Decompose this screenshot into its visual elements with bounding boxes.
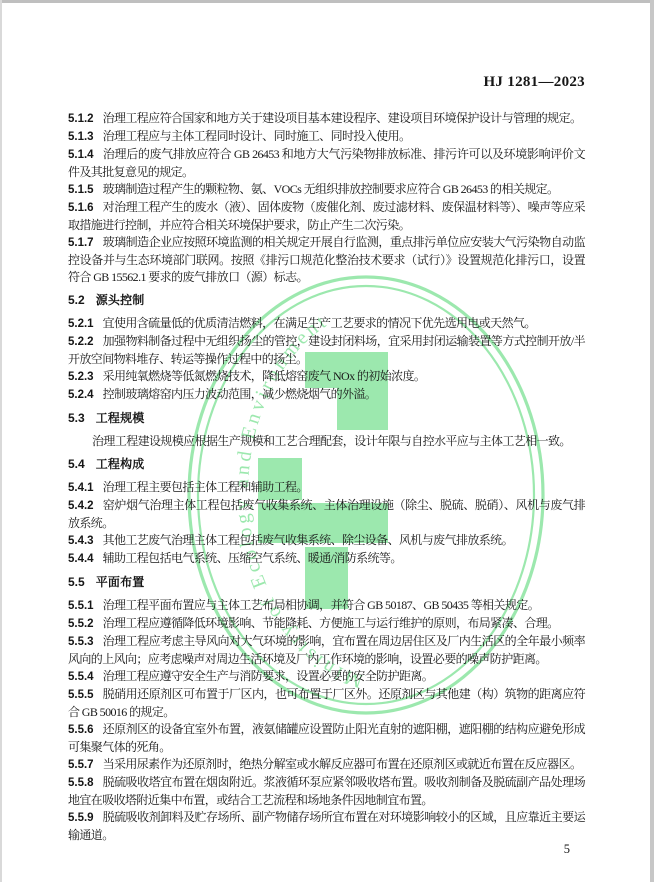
section-heading-5.3: 5.3工程规模 bbox=[68, 410, 585, 427]
document-page: HJ 1281—2023 5.1.2治理工程应符合国家和地方关于建设项目基本建设… bbox=[0, 0, 654, 882]
clause-number: 5.5.6 bbox=[68, 724, 94, 736]
clause-number: 5.2 bbox=[68, 293, 85, 307]
clause-5.5.2: 5.5.2治理工程应遵循降低环境影响、节能降耗、方便施工与运行维护的原则，布局紧… bbox=[68, 615, 585, 633]
clause-text: 窑炉烟气治理主体工程包括废气收集系统、主体治理设施（除尘、脱硫、脱硝）、风机与废… bbox=[68, 498, 585, 530]
clause-5.5.1: 5.5.1治理工程平面布置应与主体工艺布局相协调，并符合 GB 50187、GB… bbox=[68, 597, 585, 615]
clause-number: 5.4.1 bbox=[68, 482, 94, 494]
clause-number: 5.4 bbox=[68, 457, 85, 471]
clause-text: 治理工程应考虑主导风向对大气环境的影响，宜布置在周边居住区及厂内生活区的全年最小… bbox=[68, 634, 585, 666]
clause-5.5.3: 5.5.3治理工程应考虑主导风向对大气环境的影响，宜布置在周边居住区及厂内生活区… bbox=[68, 633, 585, 668]
clause-text: 宜使用含硫量低的优质清洁燃料，在满足生产工艺要求的情况下优先选用电或天然气。 bbox=[103, 316, 536, 330]
clause-text: 工程构成 bbox=[96, 457, 145, 471]
clause-number: 5.2.4 bbox=[68, 389, 94, 401]
clause-5.5.7: 5.5.7当采用尿素作为还原剂时，绝热分解室或水解反应器可布置在还原剂区或就近布… bbox=[68, 756, 585, 774]
clause-5.5.4: 5.5.4治理工程应遵守安全生产与消防要求，设置必要的安全防护距离。 bbox=[68, 668, 585, 686]
clause-number: 5.5.1 bbox=[68, 600, 94, 612]
clause-text: 脱硫吸收剂卸料及贮存场所、副产物储存场所宜布置在对环境影响较小的区域，且应靠近主… bbox=[68, 810, 585, 842]
clause-text: 治理工程应遵守安全生产与消防要求，设置必要的安全防护距离。 bbox=[103, 669, 434, 683]
clause-text: 加强物料制备过程中无组织扬尘的管控，建设封闭料场，宜采用封闭运输装置等方式控制开… bbox=[68, 334, 585, 366]
clause-5.4.4: 5.4.4辅助工程包括电气系统、压缩空气系统、暖通/消防系统等。 bbox=[68, 550, 585, 568]
clause-text: 工程规模 bbox=[96, 411, 145, 425]
clause-5.1.2: 5.1.2治理工程应符合国家和地方关于建设项目基本建设程序、建设项目环境保护设计… bbox=[68, 110, 585, 128]
clause-number: 5.4.2 bbox=[68, 500, 94, 512]
clause-5.2.2: 5.2.2加强物料制备过程中无组织扬尘的管控，建设封闭料场，宜采用封闭运输装置等… bbox=[68, 333, 585, 368]
clause-number: 5.5 bbox=[68, 575, 85, 589]
clause-text: 治理后的废气排放应符合 GB 26453 和地方大气污染物排放标准、排污许可以及… bbox=[68, 147, 585, 179]
scan-edge-top bbox=[0, 0, 654, 3]
clause-text: 治理工程应遵循降低环境影响、节能降耗、方便施工与运行维护的原则，布局紧凑、合理。 bbox=[103, 616, 559, 630]
clause-text: 辅助工程包括电气系统、压缩空气系统、暖通/消防系统等。 bbox=[103, 551, 402, 565]
clause-text: 当采用尿素作为还原剂时，绝热分解室或水解反应器可布置在还原剂区或就近布置在反应器… bbox=[103, 757, 582, 771]
clause-number: 5.1.2 bbox=[68, 113, 94, 125]
clause-number: 5.5.8 bbox=[68, 777, 94, 789]
clause-number: 5.4.4 bbox=[68, 553, 94, 565]
clause-number: 5.1.3 bbox=[68, 131, 94, 143]
clause-5.1.4: 5.1.4治理后的废气排放应符合 GB 26453 和地方大气污染物排放标准、排… bbox=[68, 146, 585, 181]
section-heading-5.2: 5.2源头控制 bbox=[68, 292, 585, 309]
page-number: 5 bbox=[564, 842, 570, 857]
clause-number: 5.3 bbox=[68, 411, 85, 425]
clause-number: 5.5.5 bbox=[68, 689, 94, 701]
clause-text: 平面布置 bbox=[96, 575, 145, 589]
clause-number: 5.1.4 bbox=[68, 149, 94, 161]
clause-text: 采用纯氧燃烧等低氮燃烧技术，降低熔窑废气 NOx 的初始浓度。 bbox=[103, 369, 426, 383]
clause-text: 治理工程平面布置应与主体工艺布局相协调，并符合 GB 50187、GB 5043… bbox=[103, 598, 540, 612]
clause-number: 5.5.3 bbox=[68, 636, 94, 648]
clause-number: 5.2.1 bbox=[68, 318, 94, 330]
clause-number: 5.5.2 bbox=[68, 618, 94, 630]
clause-text: 玻璃制造过程产生的颗粒物、氨、VOCs 无组织排放控制要求应符合 GB 2645… bbox=[103, 182, 559, 196]
clause-5.4.1: 5.4.1治理工程主要包括主体工程和辅助工程。 bbox=[68, 479, 585, 497]
clause-5.2.3: 5.2.3采用纯氧燃烧等低氮燃烧技术，降低熔窑废气 NOx 的初始浓度。 bbox=[68, 368, 585, 386]
doc-body: 5.1.2治理工程应符合国家和地方关于建设项目基本建设程序、建设项目环境保护设计… bbox=[68, 110, 585, 844]
clause-number: 5.5.4 bbox=[68, 671, 94, 683]
clause-5.1.5: 5.1.5玻璃制造过程产生的颗粒物、氨、VOCs 无组织排放控制要求应符合 GB… bbox=[68, 181, 585, 199]
clause-5.1.6: 5.1.6对治理工程产生的废水（液）、固体废物（废催化剂、废过滤材料、废保温材料… bbox=[68, 199, 585, 234]
clause-number: 5.5.9 bbox=[68, 812, 94, 824]
clause-number: 5.4.3 bbox=[68, 535, 94, 547]
standard-number-header: HJ 1281—2023 bbox=[68, 74, 585, 90]
clause-number: 5.1.5 bbox=[68, 184, 94, 196]
clause-5.5.5: 5.5.5脱硝用还原剂区可布置于厂区内，也可布置于厂区外。还原剂区与其他建（构）… bbox=[68, 686, 585, 721]
clause-text: 治理工程应符合国家和地方关于建设项目基本建设程序、建设项目环境保护设计与管理的规… bbox=[103, 111, 582, 125]
clause-text: 脱硝用还原剂区可布置于厂区内，也可布置于厂区外。还原剂区与其他建（构）筑物的距离… bbox=[68, 687, 585, 719]
clause-5.2.4: 5.2.4控制玻璃熔窑内压力波动范围，减少燃烧烟气的外溢。 bbox=[68, 386, 585, 404]
clause-number: 5.2.2 bbox=[68, 336, 94, 348]
clause-text: 治理工程主要包括主体工程和辅助工程。 bbox=[103, 480, 308, 494]
section-heading-5.5: 5.5平面布置 bbox=[68, 574, 585, 591]
clause-text: 脱硫吸收塔宜布置在烟囱附近。浆液循环泵应紧邻吸收塔布置。吸收剂制备及脱硫副产品处… bbox=[68, 775, 585, 807]
clause-5.4.3: 5.4.3其他工艺废气治理主体工程包括废气收集系统、除尘设备、风机与废气排放系统… bbox=[68, 532, 585, 550]
clause-number: 5.5.7 bbox=[68, 759, 94, 771]
scan-edge-right bbox=[650, 0, 654, 882]
clause-text: 其他工艺废气治理主体工程包括废气收集系统、除尘设备、风机与废气排放系统。 bbox=[103, 533, 513, 547]
clause-text: 治理工程建设规模应根据生产规模和工艺合理配套，设计年限与自控水平应与主体工艺相一… bbox=[92, 434, 571, 448]
clause-5.5.9: 5.5.9脱硫吸收剂卸料及贮存场所、副产物储存场所宜布置在对环境影响较小的区域，… bbox=[68, 809, 585, 844]
clause-5.1.7: 5.1.7玻璃制造企业应按照环境监测的相关规定开展自行监测，重点排污单位应安装大… bbox=[68, 234, 585, 286]
clause-5.2.1: 5.2.1宜使用含硫量低的优质清洁燃料，在满足生产工艺要求的情况下优先选用电或天… bbox=[68, 315, 585, 333]
clause-text: 治理工程应与主体工程同时设计、同时施工、同时投入使用。 bbox=[103, 129, 411, 143]
clause-5.5.6: 5.5.6还原剂区的设备宜室外布置，液氨储罐应设置防止阳光直射的遮阳棚，遮阳棚的… bbox=[68, 721, 585, 756]
clause-text: 还原剂区的设备宜室外布置，液氨储罐应设置防止阳光直射的遮阳棚，遮阳棚的结构应避免… bbox=[68, 722, 585, 754]
clause-5.4.2: 5.4.2窑炉烟气治理主体工程包括废气收集系统、主体治理设施（除尘、脱硫、脱硝）… bbox=[68, 497, 585, 532]
scan-edge-left bbox=[0, 0, 2, 882]
section-heading-5.4: 5.4工程构成 bbox=[68, 456, 585, 473]
clause-text: 玻璃制造企业应按照环境监测的相关规定开展自行监测，重点排污单位应安装大气污染物自… bbox=[68, 235, 585, 284]
clause-number: 5.1.7 bbox=[68, 237, 94, 249]
clause-5.1.3: 5.1.3治理工程应与主体工程同时设计、同时施工、同时投入使用。 bbox=[68, 128, 585, 146]
clause-text: 控制玻璃熔窑内压力波动范围，减少燃烧烟气的外溢。 bbox=[103, 387, 377, 401]
clause-text: 对治理工程产生的废水（液）、固体废物（废催化剂、废过滤材料、废保温材料等）、噪声… bbox=[68, 200, 585, 232]
clause-number: 5.2.3 bbox=[68, 371, 94, 383]
clause-5.5.8: 5.5.8脱硫吸收塔宜布置在烟囱附近。浆液循环泵应紧邻吸收塔布置。吸收剂制备及脱… bbox=[68, 774, 585, 809]
clause-text: 源头控制 bbox=[96, 293, 145, 307]
clause-number: 5.1.6 bbox=[68, 202, 94, 214]
paragraph-text: 治理工程建设规模应根据生产规模和工艺合理配套，设计年限与自控水平应与主体工艺相一… bbox=[68, 433, 585, 450]
